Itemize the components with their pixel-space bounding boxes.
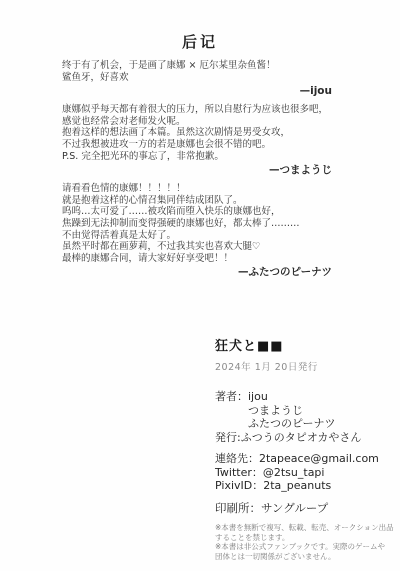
authors-block: 著者： ijou つまようじ ふたつのピーナツ [215, 390, 397, 431]
disclaimer-line: 団体とは一切関係がございません。 [215, 552, 397, 562]
colophon: 狂犬と■■ 2024年 1月 20日発行 著者： ijou つまようじ ふたつの… [215, 335, 397, 561]
essay-line: 感觉也经常会对老师发火呢。 [62, 116, 332, 128]
essay-line: 康娜似乎每天都有着很大的压力，所以自慰行为应该也很多吧， [62, 104, 332, 116]
essay-author: —ijou [62, 85, 332, 97]
disclaimer-notes: ※本書を無断で複写、転載、転売、オークション出品 することを禁じます。 ※本書は… [215, 523, 397, 561]
author-name: つまようじ [248, 404, 335, 418]
disclaimer-line: ※本書を無断で複写、転載、転売、オークション出品 [215, 523, 397, 533]
publish-date: 2024年 1月 20日発行 [215, 359, 397, 373]
essay-author: —つまようじ [62, 164, 332, 176]
essay-line: 请看看色情的康娜！！！！！ [62, 183, 332, 195]
essay-line: 抱着这样的想法画了本篇。虽然这次剧情是男受女攻， [62, 127, 332, 139]
authors-label: 著者： [215, 390, 248, 431]
essay-line: 就是抱着这样的心情召集同伴结成团队了。 [62, 195, 332, 207]
essay-line: 终于有了机会，于是画了康娜 × 厄尔某里杂鱼酱！ [62, 60, 332, 72]
afterword-entry-ijou: 终于有了机会，于是画了康娜 × 厄尔某里杂鱼酱！ 鲨鱼牙，好喜欢 —ijou [62, 60, 332, 97]
book-title: 狂犬と■■ [215, 335, 397, 354]
authors-list: ijou つまようじ ふたつのピーナツ [248, 390, 335, 431]
afterword-entry-futatsu-peanuts: 请看看色情的康娜！！！！！ 就是抱着这样的心情召集同伴结成团队了。 呜呜…太可爱… [62, 183, 332, 278]
pixiv-id-line: PixivID：2ta_peanuts [215, 479, 397, 493]
printer-line: 印刷所：サングループ [215, 502, 397, 516]
essay-line: 虽然平时都在画萝莉，不过我其实也喜欢大腿♡ [62, 241, 332, 253]
essay-line: P.S. 完全把光环的事忘了，非常抱歉。 [62, 151, 332, 163]
essay-line: 不由觉得活着真是太好了。 [62, 230, 332, 242]
disclaimer-line: することを禁じます。 [215, 533, 397, 543]
essay-author: —ふたつのピーナツ [62, 266, 332, 278]
afterword-page: 后记 终于有了机会，于是画了康娜 × 厄尔某里杂鱼酱！ 鲨鱼牙，好喜欢 —ijo… [0, 0, 400, 571]
afterword-essays: 终于有了机会，于是画了康娜 × 厄尔某里杂鱼酱！ 鲨鱼牙，好喜欢 —ijou 康… [62, 60, 332, 285]
contact-block: 連絡先：2tapeace@gmail.com Twitter：@2tsu_tap… [215, 452, 397, 493]
essay-line: 最棒的康娜合同，请大家好好享受吧！！ [62, 253, 332, 265]
page-title: 后记 [0, 31, 400, 52]
essay-line: 鲨鱼牙，好喜欢 [62, 72, 332, 84]
twitter-handle-line: Twitter：@2tsu_tapi [215, 466, 397, 480]
essay-line: 呜呜…太可爱了……被攻陷而堕入快乐的康娜也好， [62, 206, 332, 218]
essay-line: 不过我想被进攻一方的若是康娜也会很不错的吧。 [62, 139, 332, 151]
author-name: ijou [248, 390, 335, 404]
author-name: ふたつのピーナツ [248, 417, 335, 431]
essay-line: 焦躁到无法抑制而变得强硬的康娜也好，都太棒了……… [62, 218, 332, 230]
publisher-line: 発行:ふつうのタピオカやさん [215, 431, 397, 445]
contact-email-line: 連絡先：2tapeace@gmail.com [215, 452, 397, 466]
afterword-entry-tsumayouji: 康娜似乎每天都有着很大的压力，所以自慰行为应该也很多吧， 感觉也经常会对老师发火… [62, 104, 332, 176]
disclaimer-line: ※本書は非公式ファンブックです。実際のゲームや [215, 542, 397, 552]
